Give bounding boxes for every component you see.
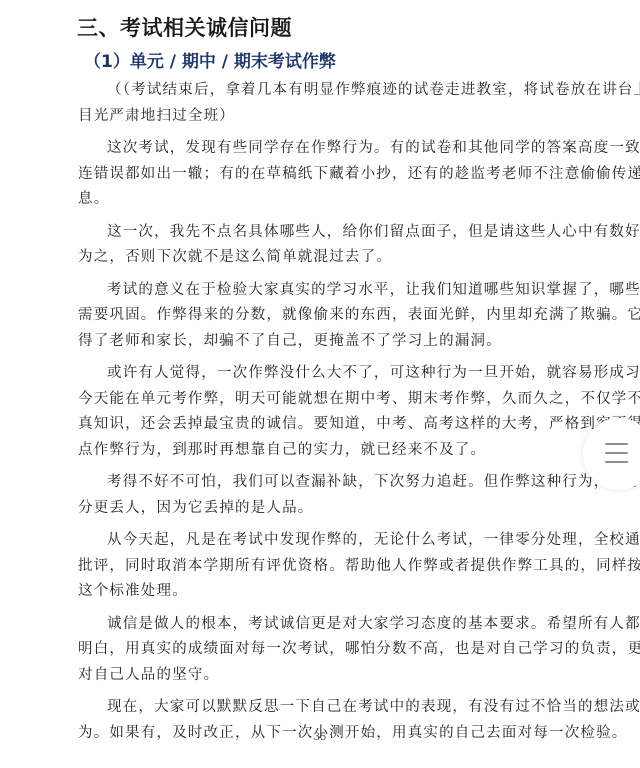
body-text: （（考试结束后，拿着几本有明显作弊痕迹的试卷走进教室，将试卷放在讲台上， 目光严… bbox=[78, 78, 558, 753]
subsection-heading: （1）单元 / 期中 / 期末考试作弊 bbox=[84, 47, 336, 72]
paragraph-line: 真知识，还会丢掉最宝贵的诚信。要知道，中考、高考这样的大考，严格到容不得半 bbox=[78, 412, 558, 438]
paragraph-line: 考试的意义在于检验大家真实的学习水平，让我们知道哪些知识掌握了，哪些还 bbox=[78, 278, 558, 304]
paragraph-stage-direction: （（考试结束后，拿着几本有明显作弊痕迹的试卷走进教室，将试卷放在讲台上， 目光严… bbox=[78, 78, 558, 129]
paragraph-line: 考得不好不可怕，我们可以查漏补缺，下次努力追赶。但作弊这种行为，比考零 bbox=[78, 470, 558, 496]
paragraph-line: 这个标准处理。 bbox=[78, 579, 558, 605]
paragraph: 这一次，我先不点名具体哪些人，给你们留点面子，但是请这些人心中有数好自 为之，否… bbox=[78, 220, 558, 271]
paragraph-line: 目光严肃地扫过全班） bbox=[78, 104, 558, 130]
paragraph-line: 对自己人品的坚守。 bbox=[78, 663, 558, 689]
paragraph-line: 批评，同时取消本学期所有评优资格。帮助他人作弊或者提供作弊工具的，同样按照 bbox=[78, 554, 558, 580]
paragraph-line: 明白，用真实的成绩面对每一次考试，哪怕分数不高，也是对自己学习的负责，更是 bbox=[78, 637, 558, 663]
paragraph-line: 需要巩固。作弊得来的分数，就像偷来的东西，表面光鲜，内里却充满了欺骗。它骗 bbox=[78, 303, 558, 329]
paragraph: 考试的意义在于检验大家真实的学习水平，让我们知道哪些知识掌握了，哪些还 需要巩固… bbox=[78, 278, 558, 355]
paragraph: 从今天起，凡是在考试中发现作弊的，无论什么考试，一律零分处理，全校通报 批评，同… bbox=[78, 528, 558, 605]
paragraph: 诚信是做人的根本，考试诚信更是对大家学习态度的基本要求。希望所有人都能 明白，用… bbox=[78, 612, 558, 689]
paragraph-line: 这一次，我先不点名具体哪些人，给你们留点面子，但是请这些人心中有数好自 bbox=[78, 220, 558, 246]
paragraph: 考得不好不可怕，我们可以查漏补缺，下次努力追赶。但作弊这种行为，比考零 分更丢人… bbox=[78, 470, 558, 521]
paragraph: 或许有人觉得，一次作弊没什么大不了，可这种行为一旦开始，就容易形成习惯。 今天能… bbox=[78, 361, 558, 463]
paragraph-line: 诚信是做人的根本，考试诚信更是对大家学习态度的基本要求。希望所有人都能 bbox=[78, 612, 558, 638]
paragraph-line: 分更丢人，因为它丢掉的是人品。 bbox=[78, 496, 558, 522]
paragraph-line: 从今天起，凡是在考试中发现作弊的，无论什么考试，一律零分处理，全校通报 bbox=[78, 528, 558, 554]
paragraph-line: 息。 bbox=[78, 187, 558, 213]
paragraph-line: 现在，大家可以默默反思一下自己在考试中的表现，有没有过不恰当的想法或行 bbox=[78, 695, 558, 721]
paragraph-line: 这次考试，发现有些同学存在作弊行为。有的试卷和其他同学的答案高度一致， bbox=[78, 136, 558, 162]
section-heading: 三、考试相关诚信问题 bbox=[77, 12, 292, 42]
paragraph-line: （（考试结束后，拿着几本有明显作弊痕迹的试卷走进教室，将试卷放在讲台上， bbox=[78, 78, 558, 104]
paragraph-line: 连错误都如出一辙；有的在草稿纸下藏着小抄，还有的趁监考老师不注意偷偷传递信 bbox=[78, 162, 558, 188]
paragraph-line: 为之，否则下次就不是这么简单就混过去了。 bbox=[78, 245, 558, 271]
paragraph-line: 得了老师和家长，却骗不了自己，更掩盖不了学习上的漏洞。 bbox=[78, 329, 558, 355]
paragraph-line: 或许有人觉得，一次作弊没什么大不了，可这种行为一旦开始，就容易形成习惯。 bbox=[78, 361, 558, 387]
paragraph: 这次考试，发现有些同学存在作弊行为。有的试卷和其他同学的答案高度一致， 连错误都… bbox=[78, 136, 558, 213]
page-number: 35 bbox=[0, 732, 640, 743]
paragraph-line: 今天能在单元考作弊，明天可能就想在期中考、期末考作弊，久而久之，不仅学不到 bbox=[78, 387, 558, 413]
document-page: 三、考试相关诚信问题 （1）单元 / 期中 / 期末考试作弊 （（考试结束后，拿… bbox=[0, 0, 640, 768]
paragraph-line: 点作弊行为，到那时再想靠自己的实力，就已经来不及了。 bbox=[78, 438, 558, 464]
